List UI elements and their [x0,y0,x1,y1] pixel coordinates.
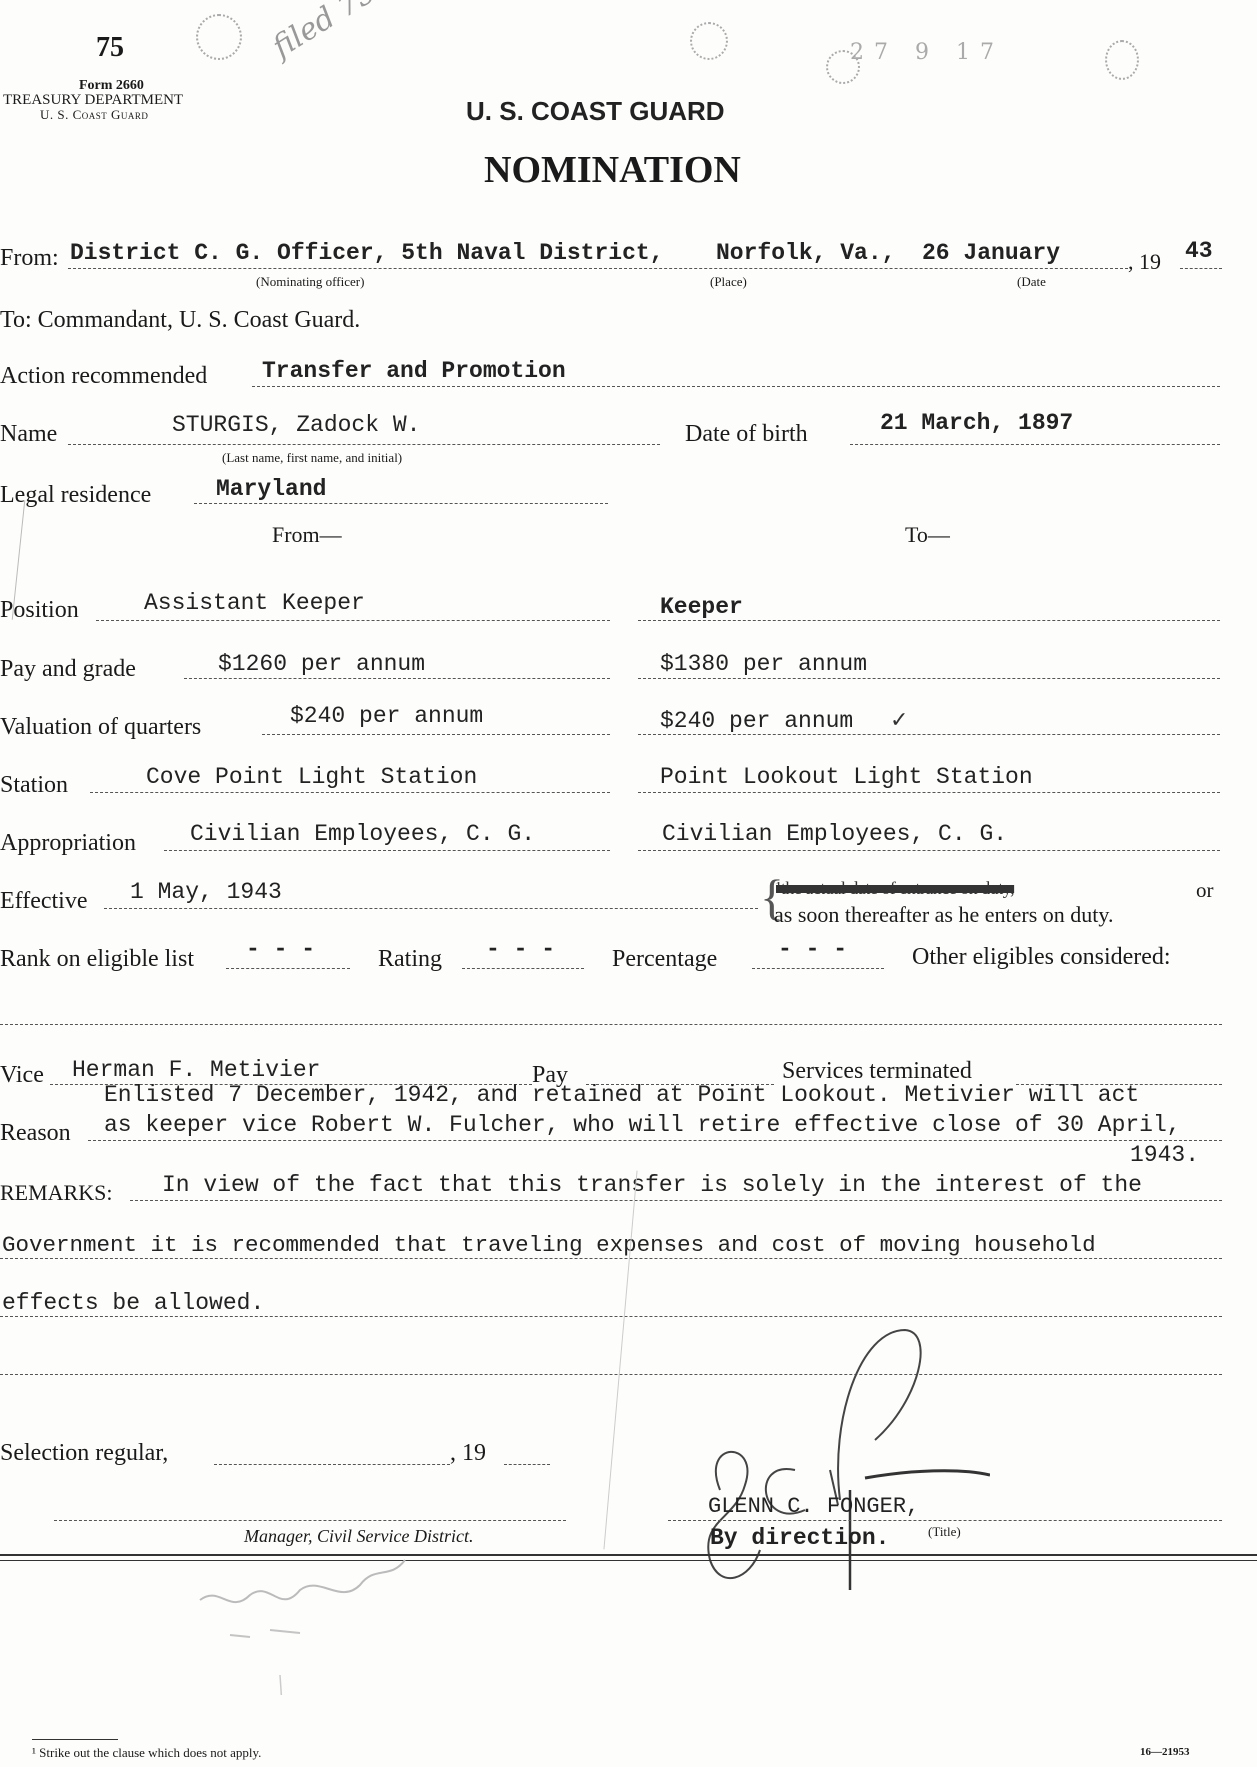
services-terminated-label: Services terminated [782,1058,972,1085]
row-label: Appropriation [0,830,136,857]
caption-place: (Place) [710,274,747,290]
date-field[interactable]: 26 January [922,240,1060,266]
row-label: Pay and grade [0,656,136,683]
row-from-underline [184,678,610,679]
remarks-underline-1 [130,1200,1222,1201]
row-to-underline [638,620,1220,621]
row-to-underline [638,850,1220,851]
to-line: To: Commandant, U. S. Coast Guard. [0,307,360,334]
row-label: Valuation of quarters [0,714,201,741]
column-to-header: To— [905,522,950,548]
year-field[interactable]: 43 [1185,238,1213,264]
selection-year-underline [504,1464,550,1465]
row-from-field[interactable]: Civilian Employees, C. G. [190,821,535,847]
title-caption: (Title) [928,1524,961,1540]
percentage-label: Percentage [612,946,717,973]
remarks-underline-4 [0,1374,1222,1375]
struck-clause: ¹the actual date of entrance on duty, [776,878,1014,899]
name-label: Name [0,421,57,448]
signatory-by-direction: By direction. [710,1525,889,1551]
other-eligibles-label: Other eligibles considered: [912,944,1171,971]
page-title: NOMINATION [484,148,741,192]
place-field[interactable]: Norfolk, Va., [716,240,895,266]
selection-label: Selection regular, [0,1440,168,1467]
reason-line-1[interactable]: Enlisted 7 December, 1942, and retained … [104,1082,1139,1108]
date-stamp-1 [690,22,728,60]
manager-signature-line [54,1520,566,1521]
residence-field[interactable]: Maryland [216,476,326,502]
dob-label: Date of birth [685,421,808,448]
row-to-field[interactable]: Civilian Employees, C. G. [662,821,1007,847]
selection-underline [214,1464,450,1465]
date-stamp-3 [1105,40,1139,80]
rating-underline [462,968,584,969]
nominating-officer-field[interactable]: District C. G. Officer, 5th Naval Distri… [70,240,664,266]
footnote-text: ¹ Strike out the clause which does not a… [32,1745,261,1761]
percentage-underline [752,968,884,969]
row-to-field[interactable]: Keeper [660,594,743,620]
page-number: 75 [96,32,124,64]
agency-title: U. S. COAST GUARD [466,96,725,127]
rating-field[interactable]: - - - [486,936,555,962]
row-from-field[interactable]: $1260 per annum [218,651,425,677]
column-from-header: From— [272,522,342,548]
rating-label: Rating [378,946,442,973]
soon-clause: as soon thereafter as he enters on duty. [774,902,1113,928]
remarks-line-2[interactable]: Government it is recommended that travel… [2,1232,1096,1258]
signatory-name: GLENN C. FONGER, [708,1494,919,1519]
other-eligibles-underline [0,1024,1222,1025]
row-from-underline [262,734,610,735]
row-from-underline [96,620,610,621]
double-rule-bottom [0,1560,1257,1561]
remarks-label: REMARKS: [0,1180,112,1206]
reason-label: Reason [0,1120,71,1147]
action-field[interactable]: Transfer and Promotion [262,358,566,384]
remarks-line-3[interactable]: effects be allowed. [2,1290,264,1316]
action-underline [252,386,1220,387]
row-label: Station [0,772,68,799]
vice-label: Vice [0,1062,44,1089]
signatory-line [668,1520,1222,1521]
or-text: or [1196,878,1214,903]
residence-underline [194,503,608,504]
dob-field[interactable]: 21 March, 1897 [880,410,1073,436]
rank-underline [226,968,350,969]
manager-caption: Manager, Civil Service District. [244,1526,473,1547]
effective-field[interactable]: 1 May, 1943 [130,879,282,905]
row-to-underline [638,792,1220,793]
footnote-rule [32,1739,118,1740]
rank-label: Rank on eligible list [0,946,194,973]
remarks-underline-3 [0,1316,1222,1317]
pencil-note-icon [190,1545,470,1695]
reason-underline [88,1140,1222,1141]
agency-small: U. S. Coast Guard [40,107,148,123]
remarks-line-1[interactable]: In view of the fact that this transfer i… [162,1172,1142,1198]
row-to-field[interactable]: $240 per annum [660,708,853,734]
caption-officer: (Nominating officer) [256,274,364,290]
selection-year-prefix: , 19 [450,1440,486,1467]
name-underline [68,444,660,445]
row-from-field[interactable]: $240 per annum [290,703,483,729]
action-label: Action recommended [0,363,207,390]
dob-underline [850,444,1220,445]
double-rule-top [0,1554,1257,1556]
handwritten-note: filed 7506 [266,0,414,65]
row-to-field[interactable]: $1380 per annum [660,651,867,677]
fold-line-2 [603,1171,637,1550]
print-code: 16—21953 [1140,1746,1190,1758]
name-caption: (Last name, first name, and initial) [222,450,402,466]
reason-line-3[interactable]: 1943. [1130,1142,1199,1168]
vice-field[interactable]: Herman F. Metivier [72,1057,320,1083]
check-mark: ✓ [890,708,908,733]
signature-scribble-icon [690,1310,990,1600]
from-label: From: [0,245,59,272]
effective-underline [104,908,758,909]
reason-line-2[interactable]: as keeper vice Robert W. Fulcher, who wi… [104,1112,1181,1138]
effective-label: Effective [0,888,88,915]
caption-date: (Date [1017,274,1046,290]
remarks-underline-2 [0,1258,1222,1259]
received-stamp-left [196,14,242,60]
percentage-field[interactable]: - - - [778,936,847,962]
year-underline [1180,268,1222,269]
date-stamp-text: 27 9 17 [850,40,1004,65]
row-to-underline [638,734,1220,735]
rank-field[interactable]: - - - [246,936,315,962]
name-field[interactable]: STURGIS, Zadock W. [172,412,420,438]
year-prefix: , 19 [1128,249,1161,275]
row-to-field[interactable]: Point Lookout Light Station [660,764,1033,790]
row-from-field[interactable]: Assistant Keeper [144,590,365,616]
row-from-underline [90,792,610,793]
row-from-field[interactable]: Cove Point Light Station [146,764,477,790]
from-underline [68,268,1128,269]
row-from-underline [164,850,610,851]
row-to-underline [638,678,1220,679]
